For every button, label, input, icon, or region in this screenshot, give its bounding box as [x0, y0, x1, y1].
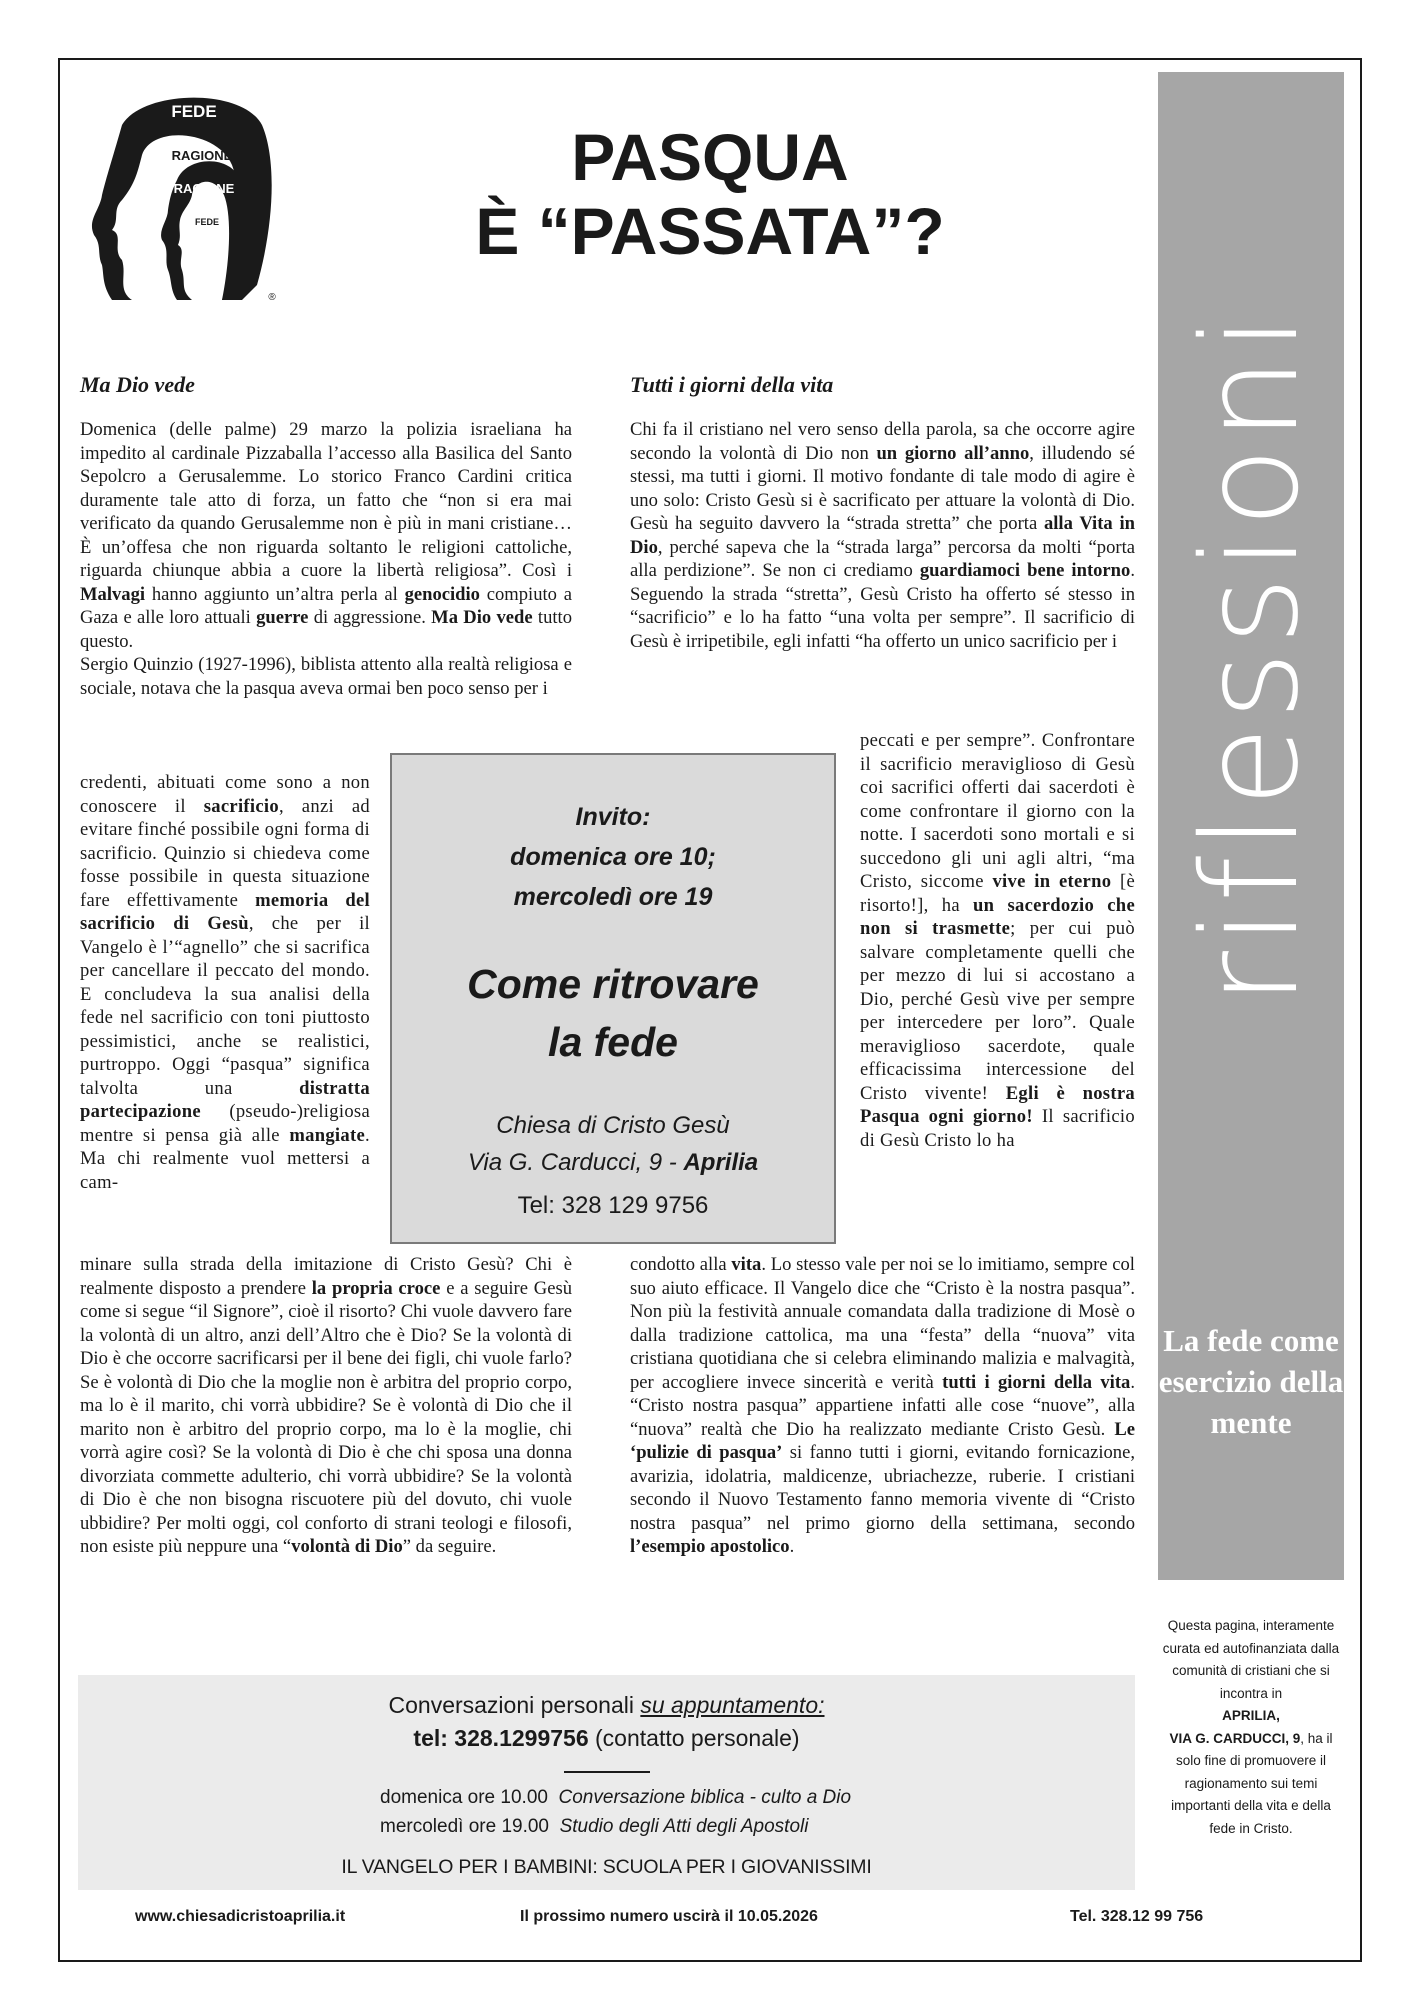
emphasis: vita	[731, 1254, 761, 1275]
article-left-body-top: Domenica (delle palme) 29 marzo la poliz…	[80, 418, 572, 700]
emphasis: un sacerdozio che non si trasmette	[860, 895, 1135, 940]
emphasis: Le ‘pulizie di pasqua’	[630, 1419, 1135, 1464]
info-box: Conversazioni personali su appuntamento:…	[78, 1675, 1135, 1890]
title-line-2: È “PASSATA”?	[380, 194, 1040, 268]
schedule-item: domenica ore 10.00 Conversazione biblica…	[380, 1783, 1135, 1812]
schedule-list: domenica ore 10.00 Conversazione biblica…	[380, 1783, 1135, 1841]
article-right-body-top: Chi fa il cristiano nel vero senso della…	[630, 418, 1135, 653]
next-issue-note: Il prossimo numero uscirà il 10.05.2026	[520, 1908, 818, 1926]
article-left-body-bottom: minare sulla strada della imitazione di …	[80, 1253, 572, 1559]
emphasis: memoria del sacrificio di Gesù	[80, 890, 370, 935]
invite-phone: Tel: 328 129 9756	[392, 1189, 834, 1223]
website-link[interactable]: www.chiesadicristoaprilia.it	[135, 1908, 345, 1926]
schedule-item: mercoledì ore 19.00 Studio degli Atti de…	[380, 1812, 1135, 1841]
fede-ragione-logo: FEDE RAGIONE RAGIONE FEDE ®	[82, 85, 282, 305]
divider	[564, 1771, 650, 1773]
emphasis: guardiamoci bene intorno	[920, 560, 1130, 581]
emphasis: guerre	[256, 607, 308, 628]
emphasis: volontà di Dio	[291, 1536, 403, 1557]
emphasis: genocidio	[405, 584, 480, 605]
appointment-note: su appuntamento:	[640, 1692, 824, 1718]
emphasis: Egli è nostra Pasqua ogni giorno!	[860, 1083, 1135, 1128]
series-title: riflessioni	[1158, 72, 1344, 1242]
svg-text:RAGIONE: RAGIONE	[172, 148, 233, 163]
publisher-note: Questa pagina, interamente curata ed aut…	[1158, 1615, 1344, 1840]
article-right-title: Tutti i giorni della vita	[630, 372, 833, 398]
kids-school-note: IL VANGELO PER I BAMBINI: SCUOLA PER I G…	[78, 1853, 1135, 1881]
emphasis: sacrificio	[204, 796, 279, 817]
svg-text:FEDE: FEDE	[195, 217, 219, 227]
emphasis: distratta partecipazione	[80, 1078, 370, 1123]
emphasis: mangiate	[289, 1125, 365, 1146]
invite-box: Invito: domenica ore 10; mercoledì ore 1…	[390, 753, 836, 1244]
motto: La fede come esercizio della mente	[1158, 1320, 1344, 1443]
article-left-p1: Domenica (delle palme) 29 marzo la poliz…	[80, 418, 572, 653]
emphasis: Malvagi	[80, 584, 145, 605]
contact-phone[interactable]: tel: 328.1299756	[413, 1725, 588, 1751]
svg-text:®: ®	[268, 292, 276, 303]
emphasis: la propria croce	[312, 1278, 441, 1299]
invite-heading: Invito: domenica ore 10; mercoledì ore 1…	[392, 797, 834, 917]
head-silhouettes-icon: FEDE RAGIONE RAGIONE FEDE ®	[82, 85, 282, 305]
page-title: PASQUA È “PASSATA”?	[380, 120, 1040, 268]
article-left-p2-intro: Sergio Quinzio (1927-1996), biblista att…	[80, 653, 572, 700]
article-right-body-narrow: peccati e per sempre”. Confrontare il sa…	[860, 729, 1135, 1152]
svg-text:FEDE: FEDE	[171, 102, 216, 121]
title-line-1: PASQUA	[380, 120, 1040, 194]
emphasis: l’esempio apostolico	[630, 1536, 790, 1557]
invite-address: Chiesa di Cristo Gesù Via G. Carducci, 9…	[392, 1107, 834, 1181]
article-left-title: Ma Dio vede	[80, 372, 195, 398]
emphasis: alla Vita in Dio	[630, 513, 1135, 558]
invite-title: Come ritrovare la fede	[392, 955, 834, 1071]
article-right-body-bottom: condotto alla vita. Lo stesso vale per n…	[630, 1253, 1135, 1559]
emphasis: Ma Dio vede	[431, 607, 532, 628]
article-left-body-narrow: credenti, abituati come sono a non conos…	[80, 771, 370, 1194]
emphasis: vive in eterno	[992, 871, 1111, 892]
emphasis: un giorno all’anno	[876, 443, 1029, 464]
svg-text:RAGIONE: RAGIONE	[174, 181, 235, 196]
footer-phone: Tel. 328.12 99 756	[1070, 1908, 1203, 1926]
emphasis: tutti i giorni della vita	[942, 1372, 1130, 1393]
